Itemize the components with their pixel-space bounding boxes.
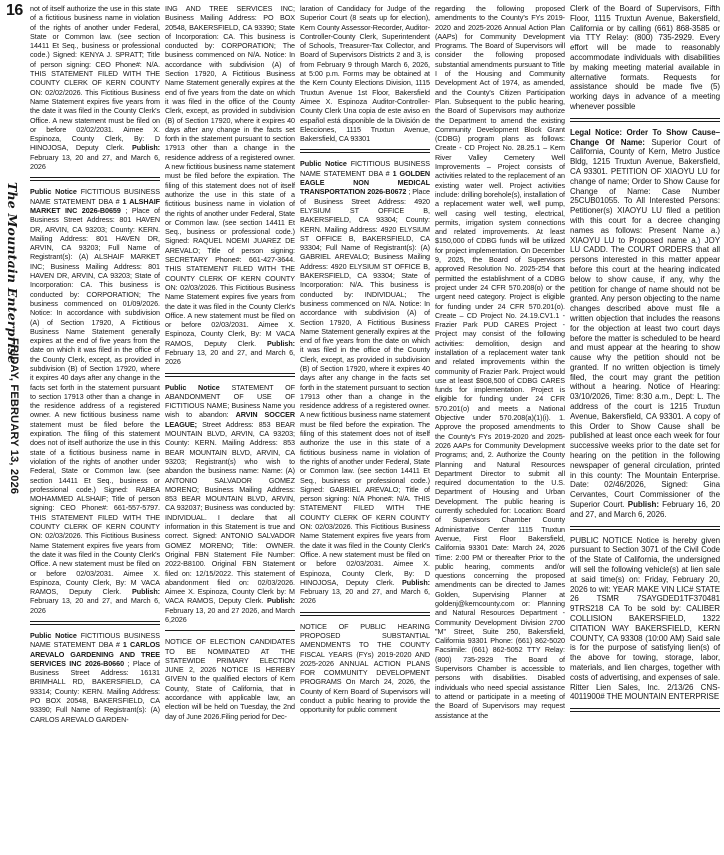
- notice-text: PUBLIC NOTICE Notice is hereby given pur…: [570, 536, 720, 702]
- notice-bold-text: Publish:: [132, 143, 160, 152]
- masthead-dateline: FRIDAY, FEBRUARY 13, 2026: [8, 338, 20, 494]
- notice-bold-text: Publish:: [132, 587, 160, 596]
- notice-text: February 13, 20 and 27, and March 6, 202…: [300, 587, 430, 605]
- notice-bold-text: Public Notice: [30, 187, 77, 196]
- masthead-title: The Mountain Enterprise: [5, 182, 20, 364]
- column-1: not of itself authorize the use in this …: [30, 4, 160, 724]
- double-rule-divider: [570, 526, 720, 530]
- notice-text: February 13, 20 and 27, and March 6, 202…: [165, 348, 295, 366]
- column-3: laration of Candidacy for Judge of the S…: [300, 4, 430, 724]
- column-4: regarding the following proposed amendme…: [435, 4, 565, 724]
- notice-text: regarding the following proposed amendme…: [435, 4, 565, 720]
- notice-paragraph: Legal Notice: Order To Show Cause–Change…: [570, 128, 720, 520]
- notice-text: ; Place of Business Street Address: 1613…: [30, 659, 160, 724]
- notice-paragraph: Public Notice FICTITIOUS BUSINESS NAME S…: [30, 187, 160, 615]
- notice-text: February 13, 20 and 27 2026, and March 6…: [165, 606, 295, 624]
- double-rule-divider: [570, 708, 720, 712]
- notice-text: Street Address: 853 BEAR MOUNTAIN BLVD, …: [165, 420, 295, 606]
- double-rule-divider: [30, 177, 160, 181]
- notice-text: ; Place of Business Street Address: 4920…: [300, 187, 430, 586]
- notice-paragraph: regarding the following proposed amendme…: [435, 4, 565, 720]
- notice-text: Superior Court of California, County of …: [570, 138, 720, 509]
- double-rule-divider: [30, 621, 160, 625]
- rule-divider: [165, 630, 295, 631]
- notice-paragraph: NOTICE OF PUBLIC HEARING PROPOSED SUBSTA…: [300, 622, 430, 715]
- notice-paragraph: NOTICE OF ELECTION CANDIDATES TO BE NOMI…: [165, 637, 295, 721]
- notice-text: ; Place of Business Street Address: 801 …: [30, 206, 160, 596]
- notice-text: NOTICE OF PUBLIC HEARING PROPOSED SUBSTA…: [300, 622, 430, 715]
- notice-bold-text: Publish:: [267, 596, 295, 605]
- notice-columns: not of itself authorize the use in this …: [30, 4, 720, 724]
- notice-text: laration of Candidacy for Judge of the S…: [300, 4, 430, 143]
- column-5: Clerk of the Board of Supervisors, Fifth…: [570, 4, 720, 724]
- notice-bold-text: Publish:: [267, 339, 295, 348]
- notice-text: February 13, 20 and 27, and March 6, 202…: [30, 153, 160, 171]
- notice-bold-text: Publish:: [628, 500, 659, 509]
- notice-bold-text: Public Notice: [30, 631, 77, 640]
- column-2: ING AND TREE SERVICES INC; Business Mail…: [165, 4, 295, 724]
- notice-paragraph: Public Notice FICTITIOUS BUSINESS NAME S…: [30, 631, 160, 724]
- notice-paragraph: PUBLIC NOTICE Notice is hereby given pur…: [570, 536, 720, 703]
- notice-paragraph: Public Notice FICTITIOUS BUSINESS NAME S…: [300, 159, 430, 605]
- double-rule-divider: [165, 373, 295, 377]
- notice-text: Clerk of the Board of Supervisors, Fifth…: [570, 4, 720, 111]
- notice-paragraph: Public Notice STATEMENT OF ABANDONMENT O…: [165, 383, 295, 625]
- notice-text: February 13, 20 and 27, and March 6, 202…: [30, 596, 160, 614]
- notice-paragraph: ING AND TREE SERVICES INC; Business Mail…: [165, 4, 295, 367]
- newspaper-page: 16 The Mountain Enterprise FRIDAY, FEBRU…: [0, 0, 724, 855]
- notice-bold-text: Publish:: [402, 578, 430, 587]
- double-rule-divider: [570, 118, 720, 122]
- page-margin-sidebar: 16 The Mountain Enterprise FRIDAY, FEBRU…: [0, 0, 29, 855]
- double-rule-divider: [300, 612, 430, 616]
- double-rule-divider: [300, 149, 430, 153]
- notice-text: NOTICE OF ELECTION CANDIDATES TO BE NOMI…: [165, 637, 295, 720]
- notice-paragraph: Clerk of the Board of Supervisors, Fifth…: [570, 4, 720, 112]
- notice-text: ING AND TREE SERVICES INC; Business Mail…: [165, 4, 295, 348]
- notice-paragraph: laration of Candidacy for Judge of the S…: [300, 4, 430, 143]
- page-number: 16: [0, 0, 29, 20]
- notice-text: not of itself authorize the use in this …: [30, 4, 160, 152]
- notice-paragraph: not of itself authorize the use in this …: [30, 4, 160, 171]
- notice-bold-text: Public Notice: [300, 159, 347, 168]
- notice-bold-text: Public Notice: [165, 383, 220, 392]
